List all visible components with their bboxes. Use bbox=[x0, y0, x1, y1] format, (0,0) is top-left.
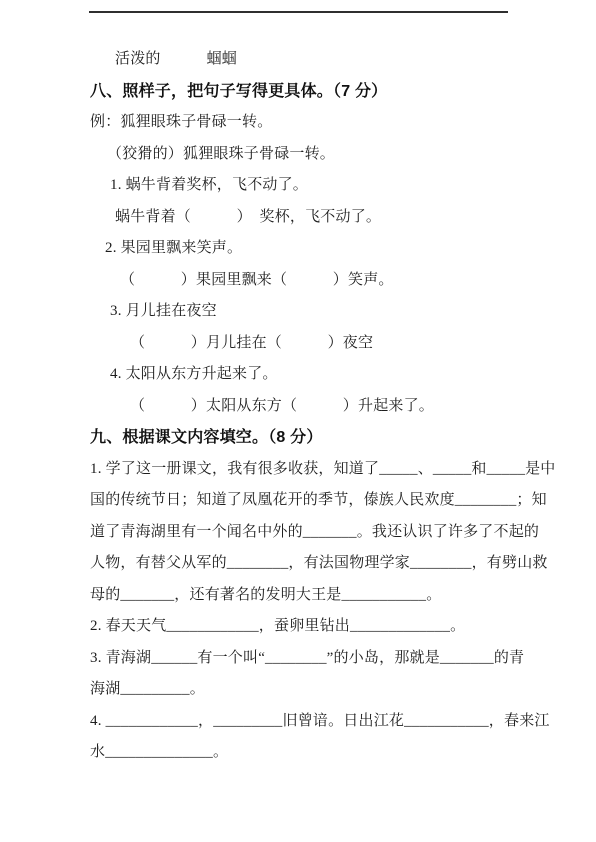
section-8-item-2-prompt: 2. 果园里飘来笑声。 bbox=[90, 233, 530, 265]
section-8-item-2-rewrite-line: （ ）果园里飘来（ ）笑声。 bbox=[90, 265, 530, 297]
section-8-example-answer: （狡猾的）狐狸眼珠子骨碌一转。 bbox=[90, 139, 530, 171]
section-9-item-1-line-5: 母的_______，还有著名的发明大王是___________。 bbox=[90, 580, 530, 612]
section-8-item-3-rewrite-line: （ ）月儿挂在（ ）夜空 bbox=[90, 328, 530, 360]
section-9-item-2: 2. 春天天气____________，蚕卵里钻出_____________。 bbox=[90, 611, 530, 643]
pair-adjective: 活泼的 bbox=[115, 51, 161, 67]
section-8-item-4-rewrite-line: （ ）太阳从东方（ ）升起来了。 bbox=[90, 391, 530, 423]
section-8-item-1-rewrite-line: 蜗牛背着（ ） 奖杯，飞不动了。 bbox=[90, 202, 530, 234]
section-8-item-4-prompt: 4. 太阳从东方升起来了。 bbox=[90, 359, 530, 391]
section-8-example: 例：狐狸眼珠子骨碌一转。 bbox=[90, 107, 530, 139]
pair-noun: 蝈蝈 bbox=[207, 51, 237, 67]
section-9-item-1-line-1: 1. 学了这一册课文，我有很多收获，知道了_____、_____和_____是中 bbox=[90, 454, 530, 486]
exam-content: 活泼的蝈蝈 八、照样子，把句子写得更具体。（7 分） 例：狐狸眼珠子骨碌一转。 … bbox=[90, 44, 530, 769]
section-9-item-1-line-3: 道了青海湖里有一个闻名中外的_______。我还认识了许多了不起的 bbox=[90, 517, 530, 549]
section-9-item-3-line-1: 3. 青海湖______有一个叫“________”的小岛，那就是_______… bbox=[90, 643, 530, 675]
word-pairing-remnant: 活泼的蝈蝈 bbox=[90, 44, 530, 76]
section-9-item-1-line-4: 人物，有替父从军的________，有法国物理学家________，有劈山救 bbox=[90, 548, 530, 580]
page-header-rule bbox=[89, 11, 508, 13]
section-8-heading: 八、照样子，把句子写得更具体。（7 分） bbox=[90, 76, 530, 108]
section-9-item-4-line-1: 4. ____________，_________旧曾谙。日出江花_______… bbox=[90, 706, 530, 738]
section-8-item-3-prompt: 3. 月儿挂在夜空 bbox=[90, 296, 530, 328]
section-9-item-4-line-2: 水______________。 bbox=[90, 737, 530, 769]
section-9-heading: 九、根据课文内容填空。（8 分） bbox=[90, 422, 530, 454]
section-9-item-1-line-2: 国的传统节日；知道了凤凰花开的季节，傣族人民欢度________；知 bbox=[90, 485, 530, 517]
exam-paper-page: 活泼的蝈蝈 八、照样子，把句子写得更具体。（7 分） 例：狐狸眼珠子骨碌一转。 … bbox=[0, 0, 596, 842]
section-8-item-1-prompt: 1. 蜗牛背着奖杯，飞不动了。 bbox=[90, 170, 530, 202]
section-9-item-3-line-2: 海湖_________。 bbox=[90, 674, 530, 706]
